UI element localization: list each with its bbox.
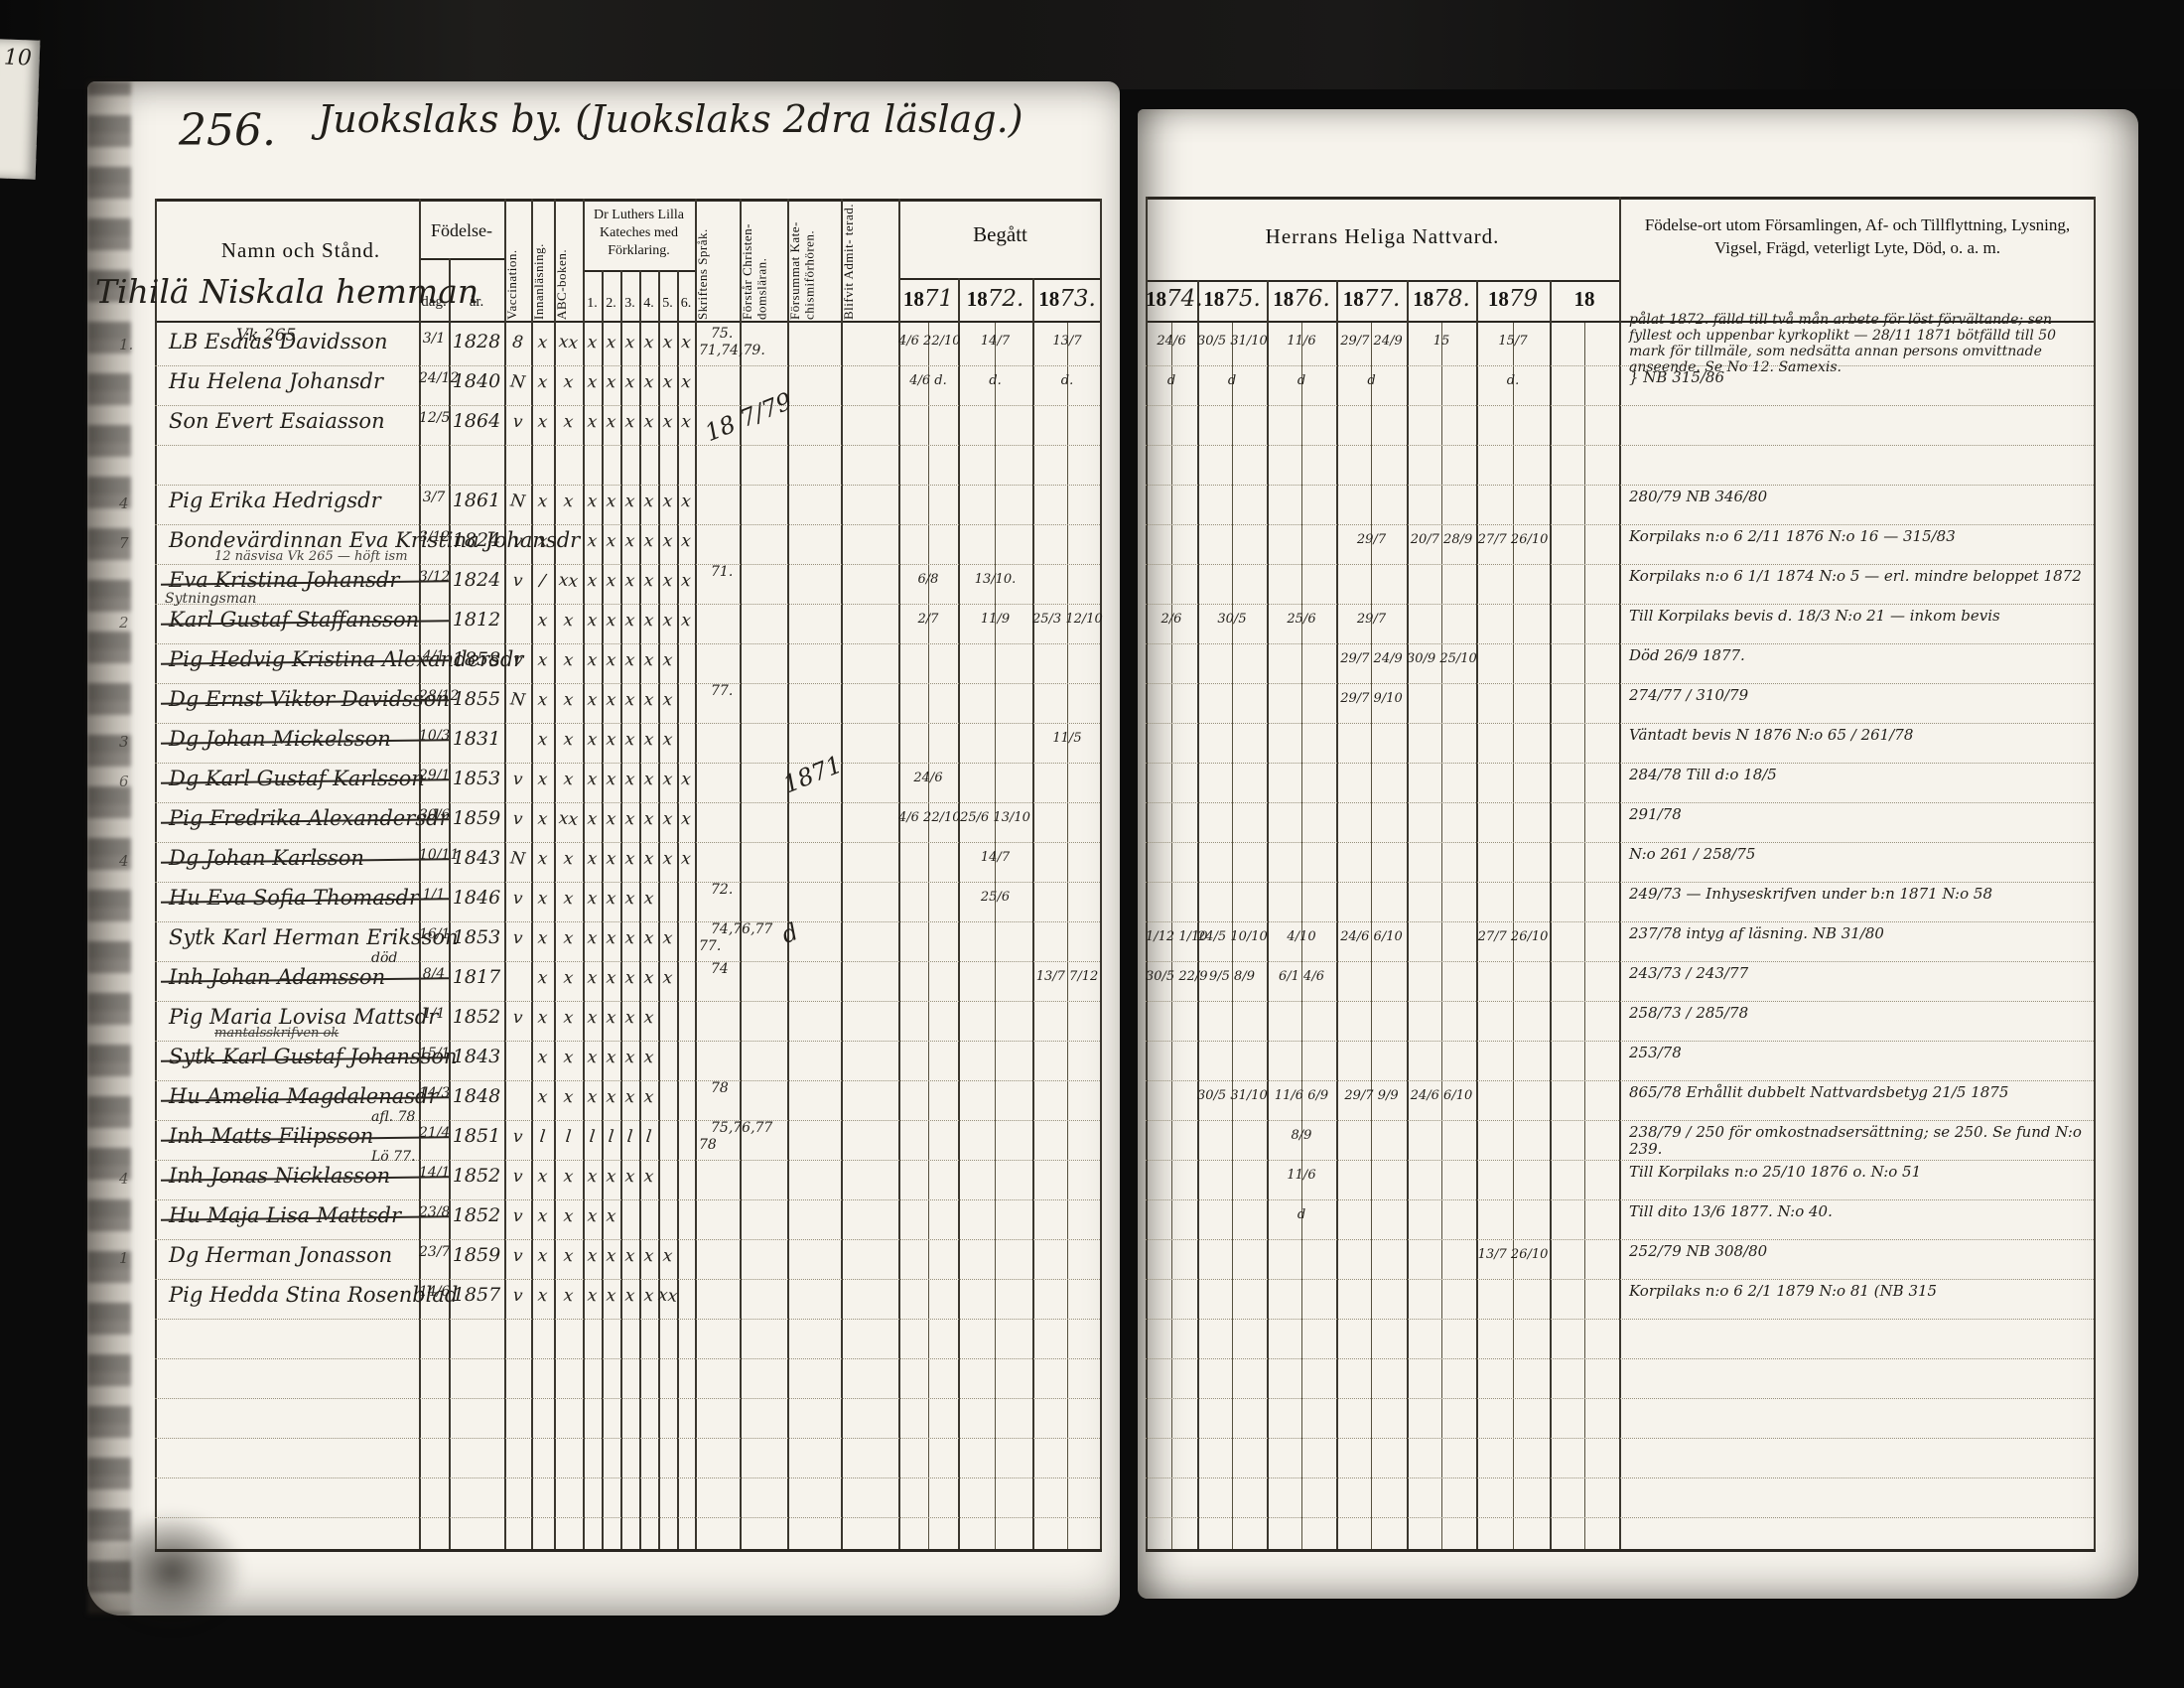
check-mark: x [638, 1086, 659, 1108]
name-prefix: Sytningsman [165, 591, 256, 607]
birth-year: 1851 [449, 1125, 504, 1147]
ledger-row [155, 1360, 1100, 1399]
year-header: 1875. [1197, 286, 1267, 312]
check-mark: x [638, 371, 659, 393]
row-margin-number: 1 [119, 1249, 129, 1267]
notes-entry: 238/79 / 250 för omkostnadsersättning; s… [1629, 1124, 2088, 1159]
check-mark: x [530, 927, 555, 949]
table-bottom-border [1146, 1549, 2096, 1552]
row-margin-number: 6 [119, 773, 129, 790]
check-mark: x [530, 1245, 555, 1267]
check-mark: x [619, 769, 640, 790]
birth-year: 1828 [449, 331, 504, 352]
check-mark: x [638, 888, 659, 910]
check-mark: x [638, 332, 659, 353]
check-mark: x [530, 530, 555, 552]
corner-stain [97, 1511, 246, 1630]
check-mark: x [582, 649, 603, 671]
corner-mark: 10 [3, 46, 40, 71]
year-printed: 18 [1413, 287, 1433, 311]
row-margin-number: 1. [119, 336, 133, 353]
year-script: 77. [1364, 286, 1401, 312]
communion-entry: 14/7 [958, 850, 1032, 865]
communion-entry: 11/6 6/9 [1267, 1088, 1336, 1103]
check-mark: x [638, 689, 659, 711]
column-header-namn: Namn och Stånd. [187, 238, 415, 263]
communion-entry: 9/5 8/9 [1197, 969, 1267, 984]
row-margin-number: 2 [119, 614, 129, 632]
check-mark: v [503, 1245, 532, 1268]
kateches-number: 5. [658, 296, 677, 312]
kateches-number: 4. [639, 296, 658, 312]
forsummat-entry: 77. [711, 683, 733, 699]
check-mark: x [553, 689, 584, 712]
birth-year: 1861 [449, 490, 504, 511]
check-mark: v [503, 769, 532, 791]
communion-entry: 13/10. [958, 572, 1032, 587]
birth-year: 1864 [449, 410, 504, 432]
ledger-row [1146, 1479, 2094, 1518]
notes-entry: 243/73 / 243/77 [1629, 965, 2088, 982]
check-mark: x [619, 848, 640, 870]
person-name: Karl Gustaf Staffansson [169, 608, 419, 632]
communion-entry: 14/7 [958, 334, 1032, 349]
check-mark: x [619, 1047, 640, 1068]
check-mark: x [601, 927, 621, 949]
check-mark: x [657, 848, 678, 870]
column-divider [1100, 199, 1102, 1549]
ledger-row [155, 1400, 1100, 1439]
check-mark: x [619, 1285, 640, 1307]
forsummat-entry: 71. [711, 564, 733, 580]
check-mark: v [503, 411, 532, 434]
check-mark: x [530, 332, 555, 353]
communion-entry: 2/7 [898, 612, 958, 627]
check-mark: x [530, 1007, 555, 1029]
ledger-row [1146, 1321, 2094, 1359]
check-mark: l [638, 1126, 659, 1148]
ledger-row: 6Dg Karl Gustaf Karlsson29/11853vxxxxxxx… [155, 765, 1100, 803]
forsummat-entry-2: 71,74,79. [699, 343, 765, 358]
communion-entry: 4/6 22/10 [898, 334, 958, 349]
ledger-row: 258/73 / 285/78 [1146, 1003, 2094, 1042]
check-mark: x [676, 769, 696, 790]
ledger-row: Sytk Karl Gustaf Johansson15/11843xxxxxx [155, 1043, 1100, 1081]
check-mark: x [582, 570, 603, 592]
check-mark: x [553, 1205, 584, 1228]
communion-entry: 2/6 [1146, 612, 1197, 627]
communion-entry: 6/8 [898, 572, 958, 587]
birth-day: 29/1 [419, 768, 449, 783]
check-mark: x [601, 570, 621, 592]
ledger-row: Sytk Karl Herman Eriksson16/11853vxxxxxx… [155, 923, 1100, 962]
birth-day: 28/12 [419, 688, 449, 704]
check-mark: x [530, 808, 555, 830]
column-header-fodelse: Födelse- [419, 220, 504, 241]
check-mark: x [676, 491, 696, 512]
year-script: 79 [1509, 286, 1538, 312]
ledger-row: Eva Kristina Johansdr3/121824v/xxxxxxxx7… [155, 566, 1100, 605]
birth-day: 10/3 [419, 728, 449, 744]
check-mark: x [553, 371, 584, 394]
ledger-row [155, 1321, 1100, 1359]
ledger-row: 2SytningsmanKarl Gustaf Staffansson1812x… [155, 606, 1100, 644]
year-printed: 18 [1574, 287, 1595, 311]
check-mark: x [676, 848, 696, 870]
ledger-row: Pig Hedvig Kristina Alexandersdr4/11858v… [155, 645, 1100, 684]
birth-year: 1857 [449, 1284, 504, 1306]
year-header: 18 [1550, 286, 1619, 312]
check-mark: x [582, 1245, 603, 1267]
check-mark: x [582, 1205, 603, 1227]
check-mark: x [582, 610, 603, 632]
check-mark: x [638, 729, 659, 751]
kateches-number: 3. [620, 296, 639, 312]
check-mark: x [553, 888, 584, 911]
ledger-row: Hu Maja Lisa Mattsdr23/81852vxxxx [155, 1201, 1100, 1240]
check-mark: x [582, 332, 603, 353]
check-mark: xx [657, 1285, 678, 1307]
name-tag: död [371, 950, 397, 966]
birth-year: 1812 [449, 609, 504, 631]
year-printed: 18 [967, 287, 988, 311]
notes-entry: N:o 261 / 258/75 [1629, 846, 2088, 863]
notes-entry: 258/73 / 285/78 [1629, 1005, 2088, 1022]
check-mark: x [582, 1285, 603, 1307]
year-header: 1878. [1407, 286, 1476, 312]
check-mark: x [582, 1047, 603, 1068]
year-printed: 18 [1038, 287, 1059, 311]
person-name: Son Evert Esaiasson [169, 409, 385, 433]
ledger-row: 13/7 26/10252/79 NB 308/80 [1146, 1241, 2094, 1280]
name-tag: Lö 77. [371, 1149, 415, 1165]
birth-day: 14/1 [419, 1165, 449, 1181]
notes-entry: Död 26/9 1877. [1629, 647, 2088, 664]
communion-entry: d [1267, 1207, 1336, 1222]
communion-entry: 25/3 12/10 [1032, 612, 1102, 627]
communion-entry: 25/6 13/10 [958, 810, 1032, 825]
check-mark: x [676, 808, 696, 830]
check-mark: x [553, 411, 584, 434]
communion-entry: d. [1476, 373, 1550, 388]
check-mark: 8 [503, 332, 532, 354]
check-mark: x [638, 1007, 659, 1029]
check-mark: x [530, 848, 555, 870]
notes-entry: 237/78 intyg af läsning. NB 31/80 [1629, 925, 2088, 942]
check-mark: x [657, 769, 678, 790]
check-mark: x [676, 570, 696, 592]
check-mark: x [553, 610, 584, 633]
check-mark: x [657, 491, 678, 512]
check-mark: x [530, 1285, 555, 1307]
column-header-kateches: Dr Luthers Lilla Kateches med Förklaring… [583, 207, 695, 261]
notes-entry: Korpilaks n:o 6 2/11 1876 N:o 16 — 315/8… [1629, 528, 2088, 545]
name-annotation: 12 näsvisa Vk 265 — höft ism [214, 549, 408, 564]
check-mark: x [582, 1007, 603, 1029]
check-mark: x [619, 927, 640, 949]
communion-entry: 6/1 4/6 [1267, 969, 1336, 984]
check-mark: x [619, 1086, 640, 1108]
check-mark: x [601, 1007, 621, 1029]
check-mark: x [601, 808, 621, 830]
birth-year: 1855 [449, 688, 504, 710]
check-mark: x [638, 570, 659, 592]
check-mark: xx [553, 570, 584, 593]
check-mark: x [553, 1007, 584, 1030]
year-header: 1879 [1476, 286, 1550, 312]
birth-year: 1858 [449, 648, 504, 670]
check-mark: x [601, 1205, 621, 1227]
check-mark: x [619, 332, 640, 353]
check-mark: x [638, 927, 659, 949]
notes-entry: 284/78 Till d:o 18/5 [1629, 767, 2088, 783]
page-edge-stain [87, 81, 131, 1616]
check-mark: x [601, 967, 621, 989]
birth-day: 23/8 [419, 1204, 449, 1220]
check-mark: x [582, 808, 603, 830]
check-mark: x [619, 1245, 640, 1267]
year-printed: 18 [1273, 287, 1294, 311]
birth-year: 1824 [449, 529, 504, 551]
ledger-row: Son Evert Esaiasson12/51864vxxxxxxxx18 7… [155, 407, 1100, 446]
check-mark: x [601, 610, 621, 632]
birth-day: 30/6 [419, 807, 449, 823]
check-mark: x [657, 332, 678, 353]
communion-entry: 29/7 24/9 [1336, 651, 1407, 666]
check-mark: x [619, 371, 640, 393]
check-mark: x [638, 1285, 659, 1307]
check-mark: x [619, 570, 640, 592]
check-mark: x [530, 689, 555, 711]
check-mark: x [657, 729, 678, 751]
check-mark: v [503, 1007, 532, 1030]
notes-entry: 249/73 — Inhyseskrifven under b:n 1871 N… [1629, 886, 2088, 903]
column-header-abc-boken: ABC-boken. [555, 203, 582, 320]
check-mark: x [619, 649, 640, 671]
communion-entry: 29/7 [1336, 612, 1407, 627]
check-mark: x [657, 689, 678, 711]
notes-entry: pålat 1872. fälld till två mån arbete fö… [1629, 312, 2088, 375]
forsummat-entry: 78 [711, 1080, 729, 1096]
ledger-row: 7Bondevärdinnan Eva Kristina Johansdr12 … [155, 526, 1100, 565]
ledger-row: 29/7 9/10274/77 / 310/79 [1146, 685, 2094, 724]
check-mark: x [601, 888, 621, 910]
ledger-row [155, 447, 1100, 486]
ledger-row: 4Dg Johan Karlsson10/111843Nxxxxxxxx14/7 [155, 844, 1100, 883]
check-mark: xx [553, 808, 584, 831]
check-mark: x [553, 491, 584, 513]
column-header-vaccination: Vaccination. [505, 203, 531, 320]
ledger-row: 1Dg Herman Jonasson23/71859vxxxxxxx [155, 1241, 1100, 1280]
person-name: Dg Herman Jonasson [169, 1243, 392, 1267]
check-mark: x [553, 1285, 584, 1308]
check-mark: x [619, 967, 640, 989]
check-mark: x [601, 1047, 621, 1068]
birth-day: 3/12 [419, 569, 449, 585]
check-mark: x [601, 769, 621, 790]
communion-entry: 13/7 [1032, 334, 1102, 349]
ledger-row: 3Dg Johan Mickelsson10/31831xxxxxxx11/5 [155, 725, 1100, 764]
kateches-number: 6. [677, 296, 695, 312]
communion-entry: 1/12 1/10 [1146, 929, 1197, 944]
check-mark: l [530, 1126, 555, 1148]
person-name: Dg Johan Karlsson [169, 846, 364, 870]
check-mark: x [601, 411, 621, 433]
year-header: 1876. [1267, 286, 1336, 312]
notes-entry: Korpilaks n:o 6 2/1 1879 N:o 81 (NB 315 [1629, 1283, 2088, 1300]
communion-entry: 25/6 [958, 890, 1032, 905]
check-mark: x [582, 371, 603, 393]
check-mark: x [638, 769, 659, 790]
check-mark: x [582, 1166, 603, 1188]
check-mark: x [582, 967, 603, 989]
forsummat-entry: 75,76,77 [711, 1120, 772, 1136]
communion-entry: 30/5 22/9 [1146, 969, 1197, 984]
check-mark: x [530, 888, 555, 910]
check-mark: x [619, 729, 640, 751]
notes-entry: Till dito 13/6 1877. N:o 40. [1629, 1203, 2088, 1220]
ledger-row [1146, 1360, 2094, 1399]
check-mark: N [503, 371, 532, 394]
check-mark: x [553, 1166, 584, 1189]
check-mark: x [530, 610, 555, 632]
birth-year: 1831 [449, 728, 504, 750]
right-page: Herrans Heliga Nattvard. Födelse-ort uto… [1138, 109, 2138, 1599]
check-mark: l [619, 1126, 640, 1148]
notes-entry: 274/77 / 310/79 [1629, 687, 2088, 704]
check-mark: x [601, 1086, 621, 1108]
person-name: Sytk Karl Herman Eriksson [169, 925, 459, 949]
birth-day: 8/4 [419, 966, 449, 982]
communion-entry: 30/5 31/10 [1197, 1088, 1267, 1103]
row-margin-number: 4 [119, 852, 129, 870]
communion-entry: 29/7 24/9 [1336, 334, 1407, 349]
birth-day: 14/3 [419, 1085, 449, 1101]
communion-entry: 11/6 [1267, 334, 1336, 349]
year-printed: 18 [1146, 287, 1166, 311]
birth-day: 10/11 [419, 847, 449, 863]
year-printed: 18 [903, 287, 924, 311]
check-mark: x [601, 530, 621, 552]
communion-entry: 29/7 9/10 [1336, 691, 1407, 706]
person-name: Hu Maja Lisa Mattsdr [169, 1203, 401, 1227]
check-mark: x [530, 1205, 555, 1227]
notes-entry: Till Korpilaks n:o 25/10 1876 o. N:o 51 [1629, 1164, 2088, 1181]
check-mark: x [638, 411, 659, 433]
birth-year: 1853 [449, 926, 504, 948]
ledger-row: Inh Johan Adamssondöd8/41817xxxxxxx7413/… [155, 963, 1100, 1002]
ledger-row: N:o 261 / 258/75 [1146, 844, 2094, 883]
check-mark: x [619, 491, 640, 512]
check-mark: x [657, 927, 678, 949]
check-mark: x [553, 967, 584, 990]
ledger-row [1146, 447, 2094, 486]
year-header: 1874. [1146, 286, 1197, 312]
year-printed: 18 [1488, 287, 1509, 311]
row-margin-number: 4 [119, 1170, 129, 1188]
check-mark: x [582, 848, 603, 870]
check-mark: x [657, 967, 678, 989]
birth-year: 1859 [449, 807, 504, 829]
check-mark: x [676, 610, 696, 632]
notes-entry: 291/78 [1629, 806, 2088, 823]
person-name: Hu Helena Johansdr [169, 369, 383, 393]
check-mark: x [619, 1166, 640, 1188]
forsummat-entry: 72. [711, 882, 733, 898]
person-name: Pig Erika Hedrigsdr [169, 489, 381, 512]
check-mark: x [638, 649, 659, 671]
ledger-row: dTill dito 13/6 1877. N:o 40. [1146, 1201, 2094, 1240]
ledger-row: 4Inh Jonas NicklassonLö 77.14/11852vxxxx… [155, 1162, 1100, 1200]
check-mark: N [503, 491, 532, 513]
birth-year: 1843 [449, 847, 504, 869]
header-bottom-border [155, 321, 1102, 323]
column-header-skriftens-sprak: Skriftens Språk. [696, 203, 739, 320]
check-mark: x [530, 729, 555, 751]
year-header: 1877. [1336, 286, 1407, 312]
birth-day: 1/1 [419, 1006, 449, 1022]
check-mark: x [676, 332, 696, 353]
communion-entry: 30/5 [1197, 612, 1267, 627]
check-mark: x [530, 967, 555, 989]
check-mark: x [530, 769, 555, 790]
year-script: 78. [1433, 286, 1470, 312]
ledger-row: 29/7 24/930/9 25/10Död 26/9 1877. [1146, 645, 2094, 684]
kateches-number: 2. [602, 296, 620, 312]
column-header-forstar-christendomslaran: Förstår Christen- domsläran. [741, 203, 786, 320]
check-mark: x [619, 689, 640, 711]
check-mark: v [503, 1166, 532, 1189]
birth-day: 1/1 [419, 887, 449, 903]
communion-entry: 24/6 [1146, 334, 1197, 349]
check-mark: x [657, 649, 678, 671]
communion-entry: 13/7 7/12 [1032, 969, 1102, 984]
check-mark: x [582, 888, 603, 910]
birth-year: 1852 [449, 1006, 504, 1028]
ledger-row: 30/5 22/99/5 8/96/1 4/6243/73 / 243/77 [1146, 963, 2094, 1002]
communion-entry: d [1267, 373, 1336, 388]
communion-entry: 27/7 26/10 [1476, 929, 1550, 944]
check-mark: x [638, 808, 659, 830]
check-mark: x [601, 1166, 621, 1188]
person-name: Inh Jonas Nicklasson [169, 1164, 390, 1188]
check-mark: x [619, 808, 640, 830]
check-mark: x [638, 1166, 659, 1188]
communion-entry: d. [958, 373, 1032, 388]
birth-day: 12/5 [419, 410, 449, 426]
birth-day: 16/1 [419, 926, 449, 942]
birth-day: 15/1 [419, 1046, 449, 1061]
ledger-row: Väntadt bevis N 1876 N:o 65 / 261/78 [1146, 725, 2094, 764]
check-mark: x [619, 888, 640, 910]
check-mark: x [638, 1047, 659, 1068]
check-mark: x [657, 411, 678, 433]
column-header-nattvard: Herrans Heliga Nattvard. [1146, 224, 1619, 249]
check-mark: x [582, 927, 603, 949]
check-mark: / [530, 570, 555, 592]
check-mark: x [657, 610, 678, 632]
check-mark: x [530, 1086, 555, 1108]
communion-entry: 30/9 25/10 [1407, 651, 1476, 666]
check-mark: x [638, 1245, 659, 1267]
forsummat-entry-2: 77. [699, 938, 721, 954]
check-mark: x [553, 769, 584, 791]
communion-entry: 27/7 26/10 [1476, 532, 1550, 547]
communion-entry: 8/9 [1267, 1128, 1336, 1143]
name-tag: afl. 78 [371, 1109, 415, 1125]
check-mark: v [503, 1126, 532, 1149]
check-mark: x [657, 1245, 678, 1267]
